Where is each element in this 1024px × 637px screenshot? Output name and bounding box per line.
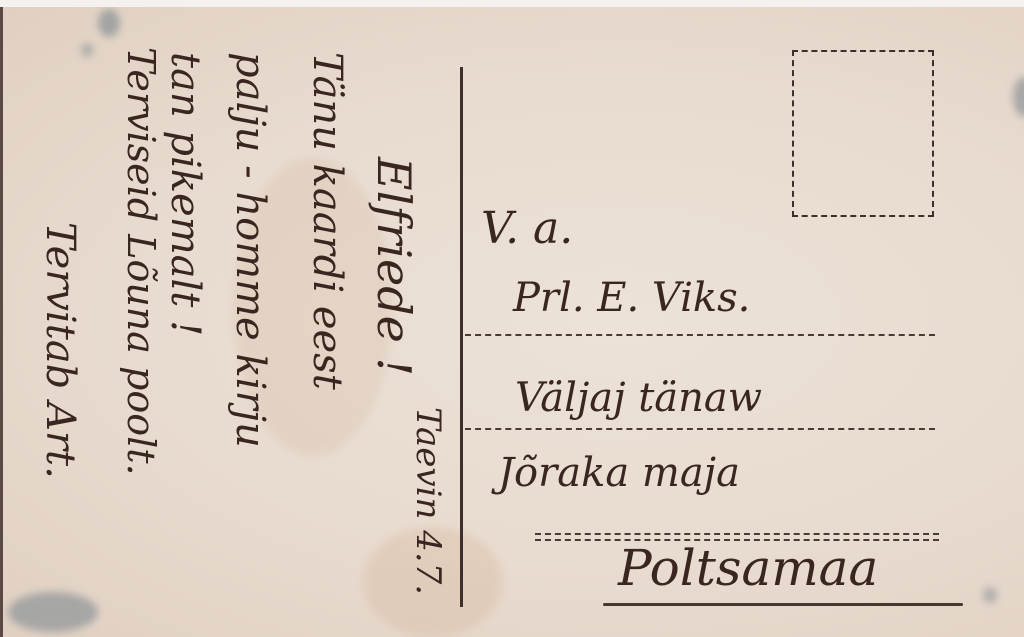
address-underline [603,603,963,606]
mold-stain-right [1013,77,1024,117]
address-line-2 [465,428,935,430]
message-place-date: Taevin 4.7. [408,407,448,595]
address-street: Väljaj tänaw [515,375,762,421]
stamp-box [792,50,934,217]
mold-stain-bottom-right [983,587,997,603]
message-line-3: tan pikemalt ! [162,52,208,336]
address-line-va: V. a. [481,203,573,254]
message-salutation: Elfriede ! [367,157,421,376]
mold-stain-top [98,9,120,37]
message-line-2: palju - homme kirju [227,52,273,448]
address-recipient: Prl. E. Viks. [513,275,750,321]
message-line-4: Terviseid Lõuna poolt. [119,47,163,476]
address-line-1 [465,334,935,336]
address-line-3 [535,533,939,535]
address-house: Jõraka maja [498,450,740,496]
address-town: Poltsamaa [618,539,878,597]
vertical-divider [460,67,463,607]
message-line-1: Tänu kaardi eest [304,52,350,390]
message-signoff: Tervitab Art. [37,222,83,479]
postcard-back: V. a. Prl. E. Viks. Väljaj tänaw Jõraka … [0,7,1024,637]
mold-stain-top-small [81,43,93,57]
mold-stain-bottom-left [8,592,98,632]
